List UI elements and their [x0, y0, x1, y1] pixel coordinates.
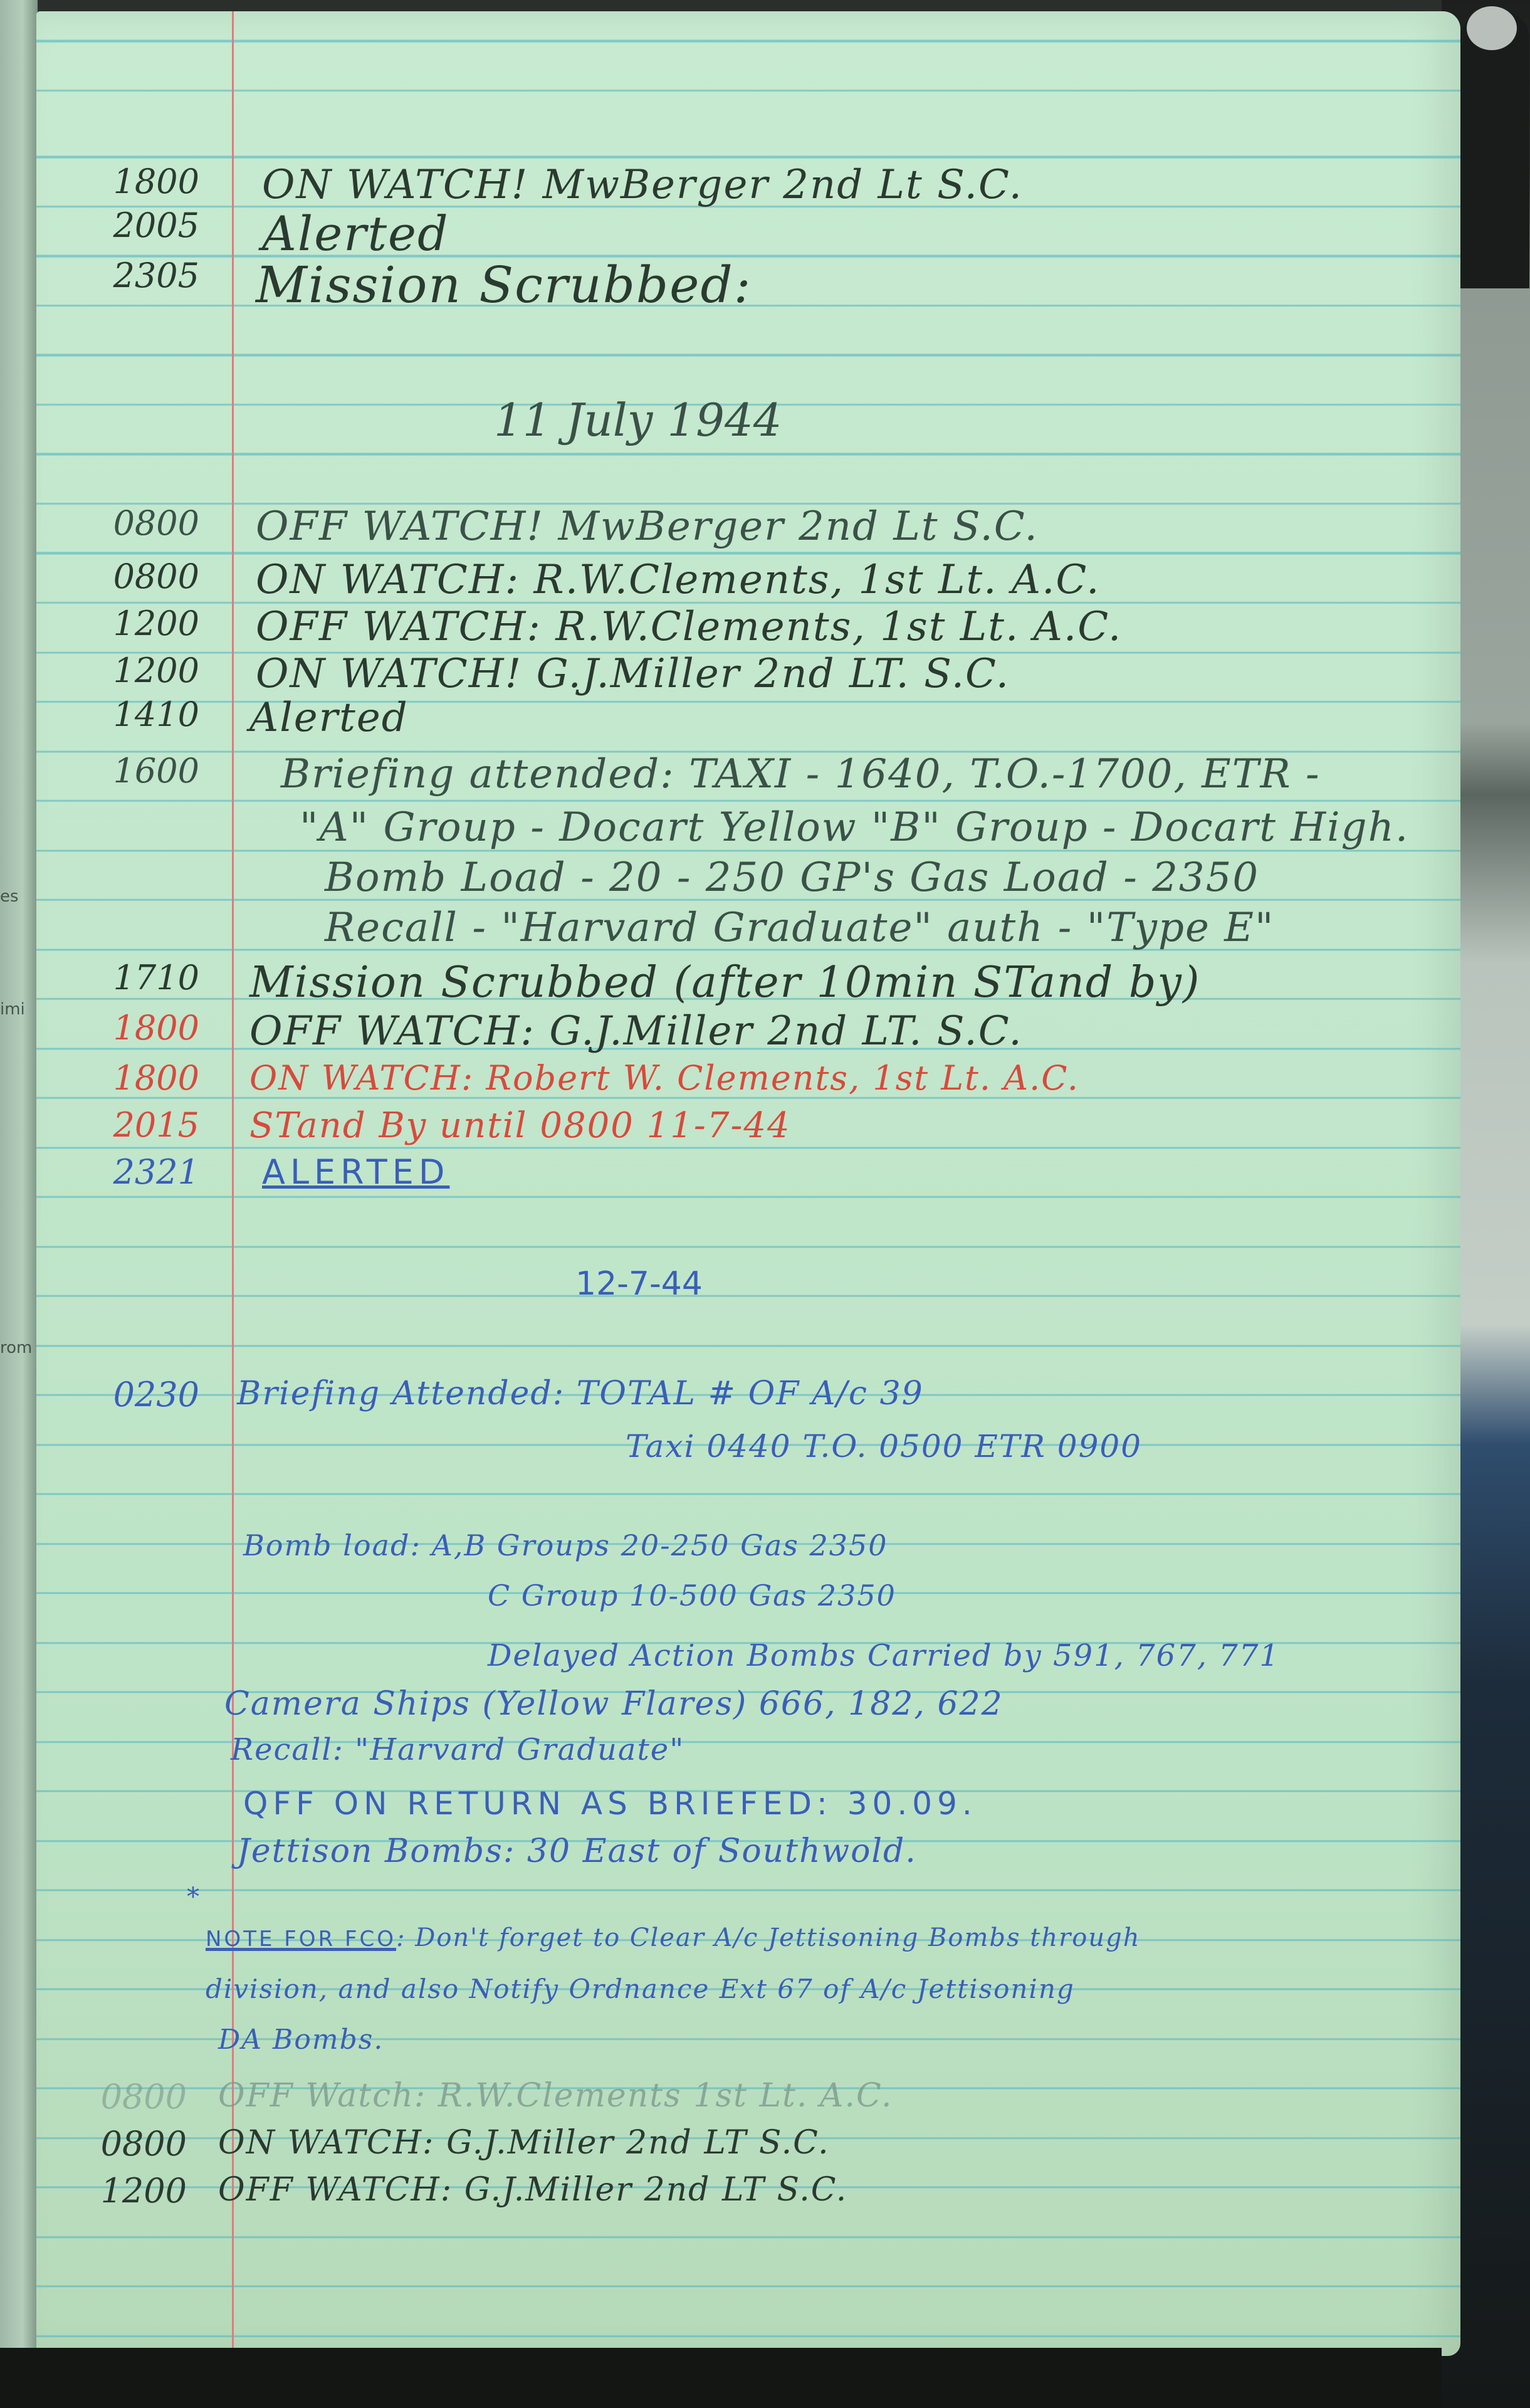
entry-text: division, and also Notify Ordnance Ext 6… — [206, 1974, 1075, 2004]
entry-text: OFF WATCH! MwBerger 2nd Lt S.C. — [256, 503, 1039, 550]
entry-text: DA Bombs. — [218, 2024, 384, 2056]
note-label: NOTE FOR FCO — [206, 1927, 396, 1952]
entry-text: "A" Group - Docart Yellow "B" Group - Do… — [300, 804, 1409, 851]
entry-text: OFF Watch: R.W.Clements 1st Lt. A.C. — [218, 2077, 893, 2115]
entry-text: : Don't forget to Clear A/c Jettisoning … — [396, 1923, 1140, 1952]
entry-time: 0800 — [36, 2077, 187, 2116]
entry-text: Delayed Action Bombs Carried by 591, 767… — [488, 1638, 1280, 1673]
entry-text: Mission Scrubbed: — [256, 256, 752, 314]
entry-text: OFF WATCH: G.J.Miller 2nd LT S.C. — [218, 2171, 847, 2209]
entry-time: 1200 — [36, 604, 199, 643]
margin-line — [232, 11, 234, 2356]
entry-text: ON WATCH! MwBerger 2nd Lt S.C. — [262, 162, 1023, 208]
previous-page-edge: es imi rom — [0, 0, 38, 2408]
entry-text: OFF WATCH: R.W.Clements, 1st Lt. A.C. — [256, 604, 1122, 650]
asterisk-mark: * — [36, 1883, 199, 1911]
binding-shadow — [0, 2348, 1442, 2408]
entry-text: Recall: "Harvard Graduate" — [231, 1732, 684, 1767]
entry-time: 1200 — [36, 651, 199, 690]
ruled-lines — [36, 11, 1460, 2356]
entry-text: Bomb load: A,B Groups 20-250 Gas 2350 — [243, 1528, 888, 1562]
photo-figure — [1460, 13, 1529, 288]
entry-text: Jettison Bombs: 30 East of Southwold. — [237, 1832, 917, 1870]
entry-text: C Group 10-500 Gas 2350 — [488, 1579, 896, 1612]
photo-face — [1467, 6, 1517, 50]
entry-time: 1800 — [36, 1058, 199, 1098]
entry-text: Bomb Load - 20 - 250 GP's Gas Load - 235… — [325, 854, 1259, 901]
left-fragment: imi — [0, 953, 38, 1066]
entry-time: 1200 — [36, 2171, 187, 2211]
entry-time: 2005 — [36, 206, 199, 245]
entry-text: ALERTED — [262, 1152, 449, 1192]
entry-text: ON WATCH: Robert W. Clements, 1st Lt. A.… — [249, 1058, 1079, 1098]
entry-time: 1410 — [36, 695, 199, 734]
left-fragment: rom — [0, 1291, 38, 1404]
entry-time: 1710 — [36, 958, 199, 997]
entry-time: 2015 — [36, 1105, 199, 1145]
entry-text: STand By until 0800 11-7-44 — [249, 1105, 791, 1146]
entry-text: Briefing attended: TAXI - 1640, T.O.-170… — [281, 751, 1321, 797]
entry-text: Briefing Attended: TOTAL # OF A/c 39 — [237, 1375, 924, 1412]
left-fragment: es — [0, 840, 38, 953]
entry-time: 2305 — [36, 256, 199, 295]
entry-time: 2321 — [36, 1152, 199, 1192]
entry-time: 0230 — [36, 1375, 199, 1414]
ledger-page: 1800 ON WATCH! MwBerger 2nd Lt S.C. 2005… — [36, 11, 1460, 2356]
entry-time: 0800 — [36, 2124, 187, 2164]
entry-text: ON WATCH: G.J.Miller 2nd LT S.C. — [218, 2124, 830, 2162]
entry-text: QFF ON RETURN AS BRIEFED: 30.09. — [243, 1785, 977, 1822]
entry-time: 0800 — [36, 503, 199, 543]
entry-text: OFF WATCH: G.J.Miller 2nd LT. S.C. — [249, 1008, 1023, 1054]
entry-text: Mission Scrubbed (after 10min STand by) — [249, 958, 1200, 1007]
entry-text: Alerted — [262, 206, 449, 261]
entry-time: 1800 — [36, 162, 199, 201]
entry-time: 1600 — [36, 751, 199, 791]
entry-text: Taxi 0440 T.O. 0500 ETR 0900 — [626, 1428, 1142, 1464]
date-heading: 11 July 1944 — [494, 394, 782, 446]
entry-text: ON WATCH: R.W.Clements, 1st Lt. A.C. — [256, 557, 1100, 603]
entry-time: 1800 — [36, 1008, 199, 1048]
entry-text: Alerted — [249, 695, 409, 741]
entry-text: Recall - "Harvard Graduate" auth - "Type… — [325, 905, 1274, 951]
date-heading: 12-7-44 — [575, 1265, 703, 1303]
entry-time: 0800 — [36, 557, 199, 596]
entry-text: Camera Ships (Yellow Flares) 666, 182, 6… — [224, 1685, 1003, 1723]
entry-text: ON WATCH! G.J.Miller 2nd LT. S.C. — [256, 651, 1010, 697]
